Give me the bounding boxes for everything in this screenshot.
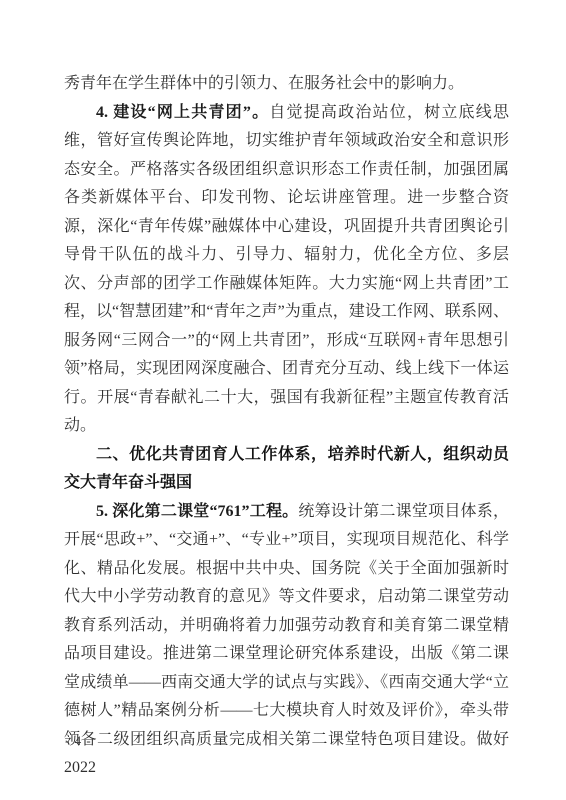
- document-page: 秀青年在学生群体中的引领力、在服务社会中的影响力。 4. 建设“网上共青团”。自…: [0, 0, 566, 800]
- item-4-lead-text: 4. 建设“网上共青团”。: [96, 104, 269, 121]
- item-5-lead-text: 5. 深化第二课堂“761”工程。: [96, 503, 298, 520]
- paragraph-item-5: 5. 深化第二课堂“761”工程。统筹设计第二课堂项目体系，开展“思政+”、“交…: [64, 498, 509, 783]
- paragraph-continuation-text: 秀青年在学生群体中的引领力、在服务社会中的影响力。: [64, 75, 464, 92]
- paragraph-item-4: 4. 建设“网上共青团”。自觉提高政治站位，树立底线思维，管好宣传舆论阵地，切实…: [64, 99, 509, 441]
- item-5-body-text: 统筹设计第二课堂项目体系，开展“思政+”、“交通+”、“专业+”项目，实现项目规…: [64, 503, 509, 777]
- page-number: - 4 -: [65, 733, 92, 749]
- document-body: 秀青年在学生群体中的引领力、在服务社会中的影响力。 4. 建设“网上共青团”。自…: [64, 70, 509, 783]
- paragraph-continuation: 秀青年在学生群体中的引领力、在服务社会中的影响力。: [64, 70, 509, 99]
- section-heading-2: 二、优化共青团育人工作体系，培养时代新人，组织动员交大青年奋斗强国: [64, 441, 509, 498]
- item-4-body-text: 自觉提高政治站位，树立底线思维，管好宣传舆论阵地，切实维护青年领域政治安全和意识…: [64, 104, 509, 435]
- section-heading-2-text: 二、优化共青团育人工作体系，培养时代新人，组织动员交大青年奋斗强国: [64, 446, 509, 492]
